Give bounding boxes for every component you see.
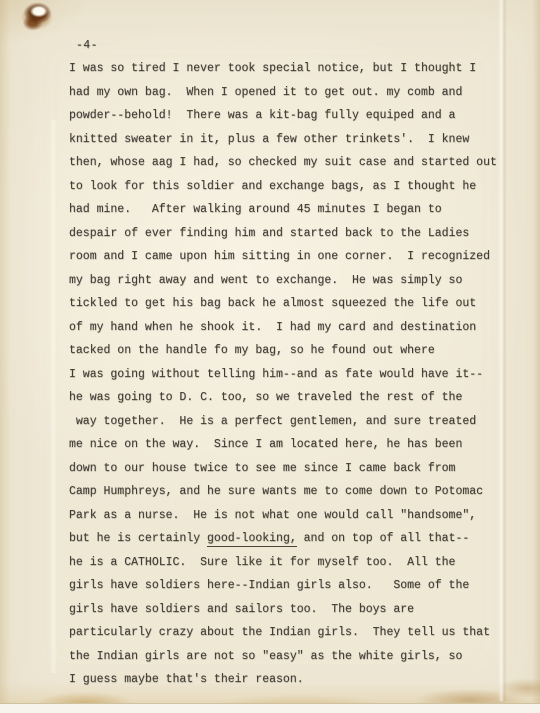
text-segment: and on top of all that-- [297, 532, 470, 545]
typed-line: then, whose aag I had, so checked my sui… [69, 151, 514, 175]
typed-line: the Indian girls are not so "easy" as th… [69, 645, 514, 669]
text-segment: but he is certainly [69, 532, 207, 545]
typed-line: my bag right away and went to exchange. … [69, 269, 514, 293]
scanned-letter-page: -4- I was so tired I never took special … [0, 0, 540, 713]
typed-line: had mine. After walking around 45 minute… [69, 198, 514, 222]
typed-line: he is a CATHOLIC. Sure like it for mysel… [69, 551, 514, 575]
typed-line: particularly crazy about the Indian girl… [69, 621, 514, 645]
typed-line: to look for this soldier and exchange ba… [69, 175, 514, 199]
typed-line: had my own bag. When I opened it to get … [69, 81, 514, 105]
page-number: -4- [76, 39, 98, 52]
typed-line: girls have soldiers here--Indian girls a… [69, 574, 514, 598]
typed-line: despair of ever finding him and started … [69, 222, 514, 246]
typed-line: powder--behold! There was a kit-bag full… [69, 104, 514, 128]
typed-line: I was so tired I never took special noti… [69, 57, 514, 81]
typed-line: tickled to get his bag back he almost sq… [69, 292, 514, 316]
typed-line: girls have soldiers and sailors too. The… [69, 598, 514, 622]
typed-line: but he is certainly good-looking, and on… [69, 527, 514, 551]
typed-text-body: I was so tired I never took special noti… [69, 57, 514, 692]
typed-line: Camp Humphreys, and he sure wants me to … [69, 480, 514, 504]
typed-line: knitted sweater in it, plus a few other … [69, 128, 514, 152]
typed-line: I was going without telling him--and as … [69, 363, 514, 387]
underlined-word: good-looking, [207, 532, 297, 547]
scan-edge-bottom [0, 703, 540, 713]
typed-line: room and I came upon him sitting in one … [69, 245, 514, 269]
typed-line: Park as a nurse. He is not what one woul… [69, 504, 514, 528]
fold-crease-left [50, 120, 57, 673]
typed-line: way together. He is a perfect gentlemen,… [69, 410, 514, 434]
typed-line: of my hand when he shook it. I had my ca… [69, 316, 514, 340]
typed-line: I guess maybe that's their reason. [69, 668, 514, 692]
typed-line: down to our house twice to see me since … [69, 457, 514, 481]
typed-line: tacked on the handle fo my bag, so he fo… [69, 339, 514, 363]
typed-line: me nice on the way. Since I am located h… [69, 433, 514, 457]
rust-stain-hole [19, 1, 55, 33]
typed-line: he was going to D. C. too, so we travele… [69, 386, 514, 410]
